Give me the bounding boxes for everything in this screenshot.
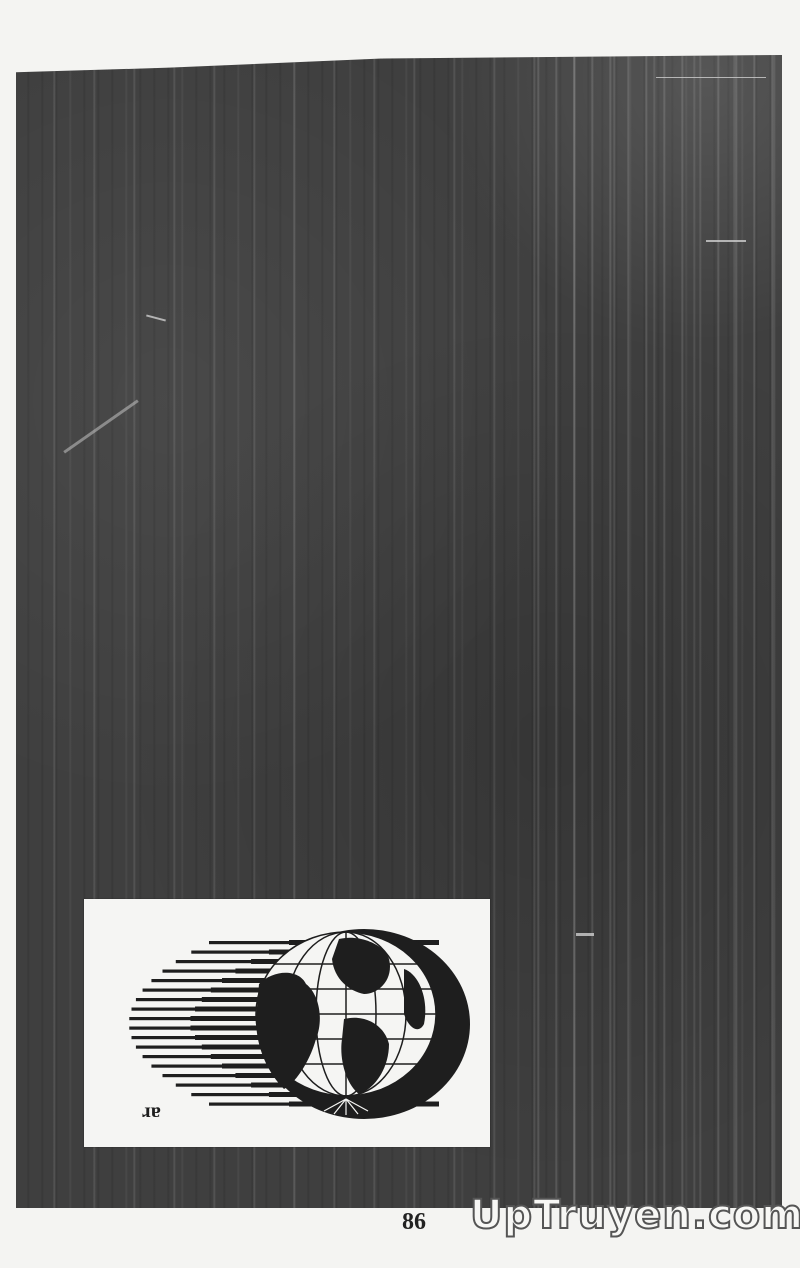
- scratch-mark: [656, 77, 766, 78]
- scratch-mark: [706, 240, 746, 242]
- globe-with-speed-lines-icon: ɹɐ: [84, 899, 490, 1147]
- page-number: 86: [402, 1209, 426, 1236]
- scratch-mark: [576, 933, 594, 936]
- publisher-logo-card: ɹɐ: [84, 899, 490, 1147]
- svg-text:ɹɐ: ɹɐ: [142, 1100, 161, 1122]
- site-watermark: UpTruyen.com: [470, 1192, 800, 1238]
